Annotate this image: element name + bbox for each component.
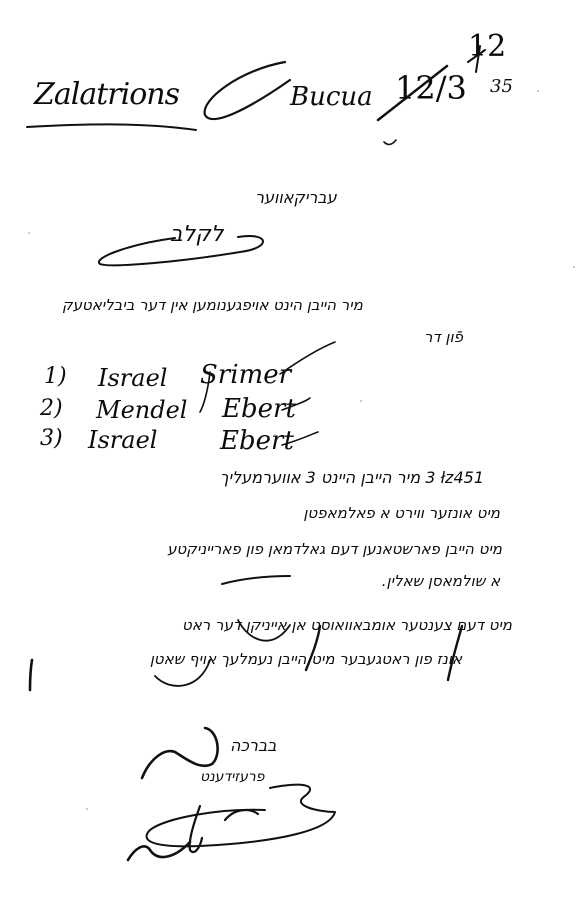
handwriting-strokes <box>0 0 579 902</box>
scan-speck <box>537 90 539 92</box>
underline-stroke <box>27 124 196 130</box>
addressee-flourish <box>99 236 263 265</box>
date-slash <box>378 66 447 120</box>
scan-speck <box>573 266 575 268</box>
signature-1-stroke <box>142 728 218 778</box>
document-page: Zalatrions Bucua 12/3 12 35 עבריקאווער ל… <box>0 0 579 902</box>
scan-speck <box>360 400 362 402</box>
signature-2-stroke <box>147 785 335 847</box>
signature-oval-flourish <box>205 62 290 119</box>
date-cross-stroke <box>476 46 480 72</box>
descender-stroke <box>448 626 462 680</box>
date-cross-stroke <box>468 50 485 62</box>
loop-stroke <box>238 620 290 641</box>
name-descender-stroke <box>200 372 210 412</box>
loop-stroke <box>155 660 210 686</box>
descender-stroke <box>30 660 32 690</box>
descender-stroke <box>306 626 320 670</box>
signature-2-stroke <box>225 810 258 820</box>
scan-speck <box>86 808 88 810</box>
scan-speck <box>28 232 30 234</box>
name-tail-stroke <box>282 432 318 445</box>
addressee-mark <box>384 140 396 144</box>
name-tail-stroke <box>282 398 310 410</box>
dash-stroke <box>222 576 290 584</box>
name-tail-stroke <box>280 342 335 374</box>
